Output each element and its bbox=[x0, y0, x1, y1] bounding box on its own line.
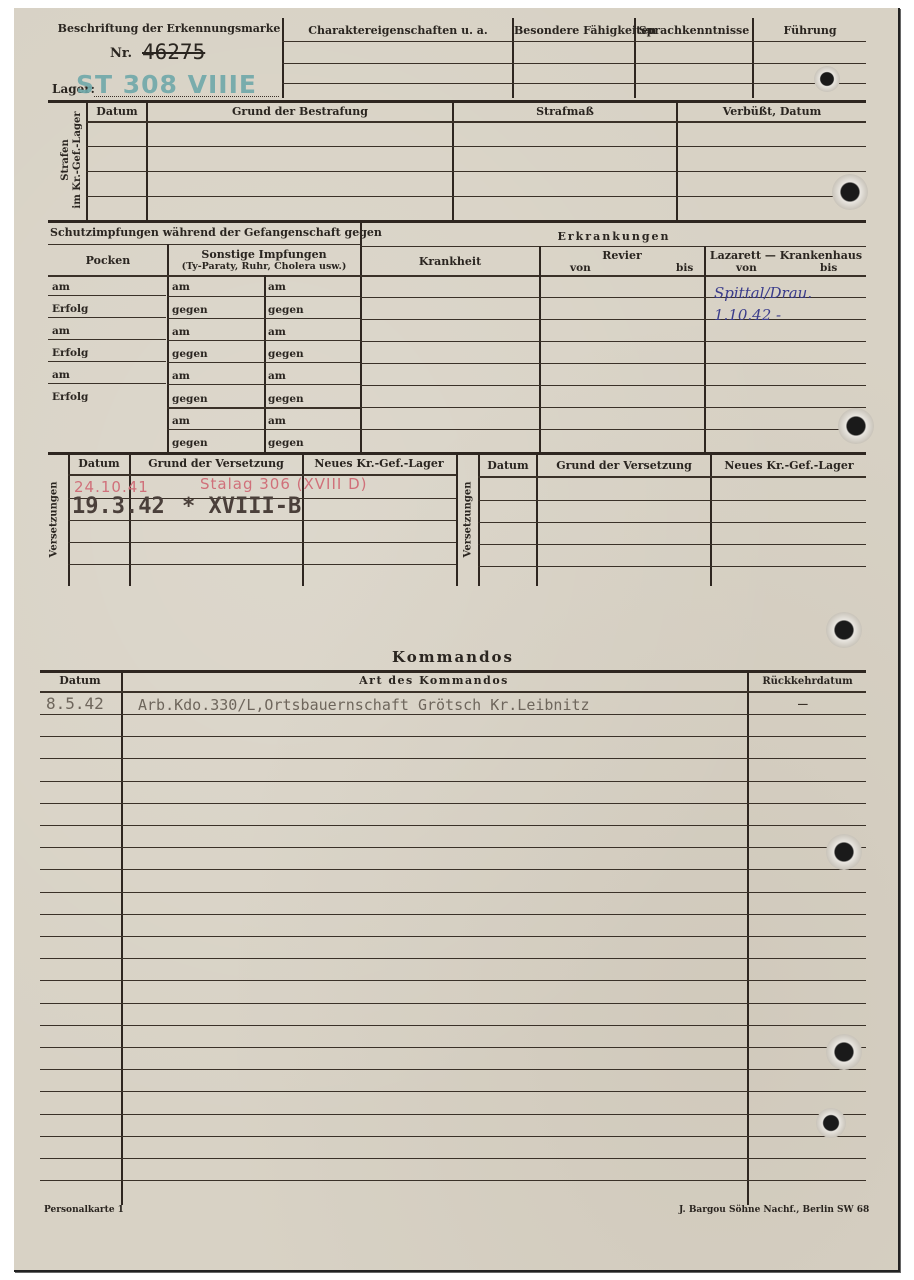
versetzungen-left-header-datum: Datum bbox=[70, 457, 128, 470]
rule bbox=[40, 758, 866, 759]
divider bbox=[704, 246, 706, 452]
rule bbox=[167, 340, 360, 341]
rule bbox=[40, 980, 866, 981]
rule bbox=[40, 1047, 866, 1048]
sonstige-a-gegen-1: gegen bbox=[172, 304, 208, 316]
punch-hole bbox=[826, 834, 862, 870]
sonstige-a-gegen-3: gegen bbox=[172, 393, 208, 405]
rule bbox=[48, 339, 166, 340]
strafen-side-label: Strafenim Kr.-Gef.-Lager bbox=[60, 110, 84, 210]
rule bbox=[40, 781, 866, 782]
rule bbox=[48, 317, 166, 318]
rule bbox=[282, 83, 866, 84]
rule bbox=[40, 1114, 866, 1115]
rule bbox=[40, 1003, 866, 1004]
pocken-am-1: am bbox=[52, 281, 70, 293]
erkrankungen-header-lazarett: Lazarett — Krankenhaus bbox=[706, 249, 866, 262]
header-sprachkenntnisse: Sprachkenntnisse bbox=[636, 24, 752, 37]
versetzungen-side-label-right: Versetzungen bbox=[463, 475, 474, 565]
kommando-rueckkehr: — bbox=[798, 694, 808, 713]
rule bbox=[68, 542, 456, 543]
lager-dotted-line bbox=[94, 96, 279, 97]
form-name: Personalkarte 1 bbox=[44, 1205, 124, 1215]
rule bbox=[86, 171, 866, 172]
erkrankungen-title: Erkrankungen bbox=[362, 230, 866, 243]
divider bbox=[86, 102, 88, 220]
pocken-erfolg-2: Erfolg bbox=[52, 347, 88, 359]
rule bbox=[360, 341, 866, 342]
rule bbox=[48, 383, 166, 384]
rule bbox=[360, 363, 866, 364]
strafen-header-verbuesst: Verbüßt, Datum bbox=[678, 105, 866, 118]
rule bbox=[40, 1158, 866, 1159]
rule bbox=[478, 544, 866, 545]
sonstige-a-am-3: am bbox=[172, 370, 190, 382]
strafen-side-label-2: im Kr.-Gef.-Lager bbox=[72, 111, 83, 208]
rule bbox=[86, 121, 866, 123]
tag-label: Beschriftung der Erkennungsmarke bbox=[54, 22, 284, 35]
rule bbox=[167, 296, 360, 297]
sonstige-a-am-2: am bbox=[172, 326, 190, 338]
rule bbox=[167, 384, 360, 385]
divider bbox=[676, 102, 678, 220]
divider bbox=[539, 246, 541, 452]
versetzungen-right-header-lager: Neues Kr.-Gef.-Lager bbox=[712, 459, 866, 472]
pocken-am-3: am bbox=[52, 369, 70, 381]
rule bbox=[478, 522, 866, 523]
erkrankungen-header-revier: Revier bbox=[541, 249, 703, 262]
rule bbox=[40, 1025, 866, 1026]
rule bbox=[40, 936, 866, 937]
punch-hole bbox=[838, 408, 874, 444]
rule bbox=[40, 892, 866, 893]
rule bbox=[48, 220, 866, 223]
impfungen-header-sonstige-1: Sonstige Impfungen bbox=[169, 248, 359, 261]
sonstige-b-gegen-3: gegen bbox=[268, 393, 304, 405]
punch-hole bbox=[826, 1034, 862, 1070]
versetzungen-side-label-left: Versetzungen bbox=[49, 475, 60, 565]
header-faehigkeiten: Besondere Fähigkeiten bbox=[514, 24, 634, 37]
rule bbox=[40, 714, 866, 715]
rule bbox=[40, 736, 866, 737]
rule bbox=[40, 1069, 866, 1070]
rule bbox=[360, 407, 866, 408]
punch-hole bbox=[814, 66, 840, 92]
rule bbox=[48, 295, 166, 296]
header-charakter: Charaktereigenschaften u. a. bbox=[284, 24, 512, 37]
rule bbox=[86, 196, 866, 197]
sonstige-b-am-1: am bbox=[268, 281, 286, 293]
kommandos-header-art: Art des Kommandos bbox=[123, 674, 745, 687]
pocken-erfolg-1: Erfolg bbox=[52, 303, 88, 315]
strafen-header-strafmass: Strafmaß bbox=[454, 105, 676, 118]
divider bbox=[456, 454, 458, 586]
rule bbox=[40, 691, 866, 693]
sonstige-a-am-4: am bbox=[172, 415, 190, 427]
rule bbox=[360, 319, 866, 320]
punch-hole bbox=[832, 174, 868, 210]
rule bbox=[48, 361, 166, 362]
rule bbox=[40, 958, 866, 959]
lazarett-bis: bis bbox=[820, 262, 837, 274]
divider bbox=[747, 670, 749, 1205]
kommandos-header-rueckkehr: Rückkehrdatum bbox=[749, 676, 866, 687]
kommando-datum: 8.5.42 bbox=[46, 694, 104, 713]
impfungen-header-pocken: Pocken bbox=[50, 254, 166, 267]
rule bbox=[40, 1091, 866, 1092]
lager-stamp: ST 308 VIIIE bbox=[76, 70, 257, 99]
rule bbox=[360, 246, 866, 247]
kommando-art: Arb.Kdo.330/L,Ortsbauernschaft Grötsch K… bbox=[138, 696, 590, 714]
revier-bis: bis bbox=[676, 262, 693, 274]
printer-imprint: J. Bargou Söhne Nachf., Berlin SW 68 bbox=[679, 1205, 869, 1215]
rule bbox=[68, 520, 456, 521]
rule bbox=[478, 500, 866, 501]
rule bbox=[40, 825, 866, 826]
erkrankungen-header-krankheit: Krankheit bbox=[362, 255, 538, 268]
sonstige-b-gegen-4: gegen bbox=[268, 437, 304, 449]
revier-von: von bbox=[570, 262, 591, 274]
rule bbox=[167, 318, 360, 319]
versetzungen-left-header-grund: Grund der Versetzung bbox=[131, 457, 301, 470]
rule bbox=[86, 146, 866, 147]
rule bbox=[360, 429, 866, 430]
rule bbox=[40, 914, 866, 915]
sonstige-b-gegen-1: gegen bbox=[268, 304, 304, 316]
rule bbox=[68, 564, 456, 565]
rule bbox=[478, 566, 866, 567]
personal-card: Beschriftung der Erkennungsmarke Nr. 462… bbox=[14, 8, 900, 1272]
divider bbox=[146, 102, 148, 220]
versetzung-lager: * XVIII-B bbox=[182, 494, 301, 519]
sonstige-b-gegen-2: gegen bbox=[268, 348, 304, 360]
divider bbox=[264, 275, 266, 452]
nr-label: Nr. bbox=[110, 46, 132, 61]
lazarett-entry-place: Spittal/Drau. bbox=[714, 284, 812, 302]
rule bbox=[48, 244, 360, 245]
versetzung-lager-stamp: Stalag 306 (XVIII D) bbox=[200, 475, 367, 493]
rule bbox=[282, 63, 866, 64]
pocken-am-2: am bbox=[52, 325, 70, 337]
rule bbox=[40, 803, 866, 804]
versetzung-datum: 19.3.42 bbox=[72, 494, 165, 519]
strafen-side-label-1: Strafen bbox=[60, 139, 71, 181]
sonstige-b-am-4: am bbox=[268, 415, 286, 427]
punch-hole bbox=[816, 1108, 846, 1138]
rule bbox=[167, 362, 360, 363]
rule bbox=[40, 1180, 866, 1181]
impfungen-title: Schutzimpfungen während der Gefangenscha… bbox=[50, 226, 360, 239]
sonstige-b-am-3: am bbox=[268, 370, 286, 382]
pocken-erfolg-3: Erfolg bbox=[52, 391, 88, 403]
versetzungen-right-header-datum: Datum bbox=[480, 459, 536, 472]
rule bbox=[40, 869, 866, 870]
rule bbox=[167, 407, 360, 409]
rule bbox=[167, 429, 360, 430]
versetzungen-left-header-lager: Neues Kr.-Gef.-Lager bbox=[304, 457, 454, 470]
rule bbox=[282, 41, 866, 42]
impfungen-header-sonstige-2: (Ty-Paraty, Ruhr, Cholera usw.) bbox=[169, 261, 359, 272]
divider bbox=[452, 102, 454, 220]
sonstige-b-am-2: am bbox=[268, 326, 286, 338]
rule bbox=[40, 847, 866, 848]
rule bbox=[40, 1136, 866, 1137]
kommandos-header-datum: Datum bbox=[40, 674, 120, 687]
strafen-header-datum: Datum bbox=[88, 105, 146, 118]
sonstige-a-gegen-4: gegen bbox=[172, 437, 208, 449]
sonstige-a-am-1: am bbox=[172, 281, 190, 293]
strafen-header-grund: Grund der Bestrafung bbox=[148, 105, 452, 118]
kommandos-title: Kommandos bbox=[40, 648, 866, 666]
lazarett-entry-date: 1.10.42 - bbox=[714, 306, 781, 324]
rule bbox=[48, 275, 866, 277]
punch-hole bbox=[826, 612, 862, 648]
header-fuehrung: Führung bbox=[754, 24, 866, 37]
tag-number: 46275 bbox=[142, 40, 205, 64]
divider bbox=[121, 670, 123, 1205]
rule bbox=[360, 385, 866, 386]
sonstige-a-gegen-2: gegen bbox=[172, 348, 208, 360]
rule bbox=[478, 476, 866, 478]
rule bbox=[40, 670, 866, 673]
lazarett-von: von bbox=[736, 262, 757, 274]
rule bbox=[48, 100, 866, 103]
versetzungen-right-header-grund: Grund der Versetzung bbox=[538, 459, 710, 472]
